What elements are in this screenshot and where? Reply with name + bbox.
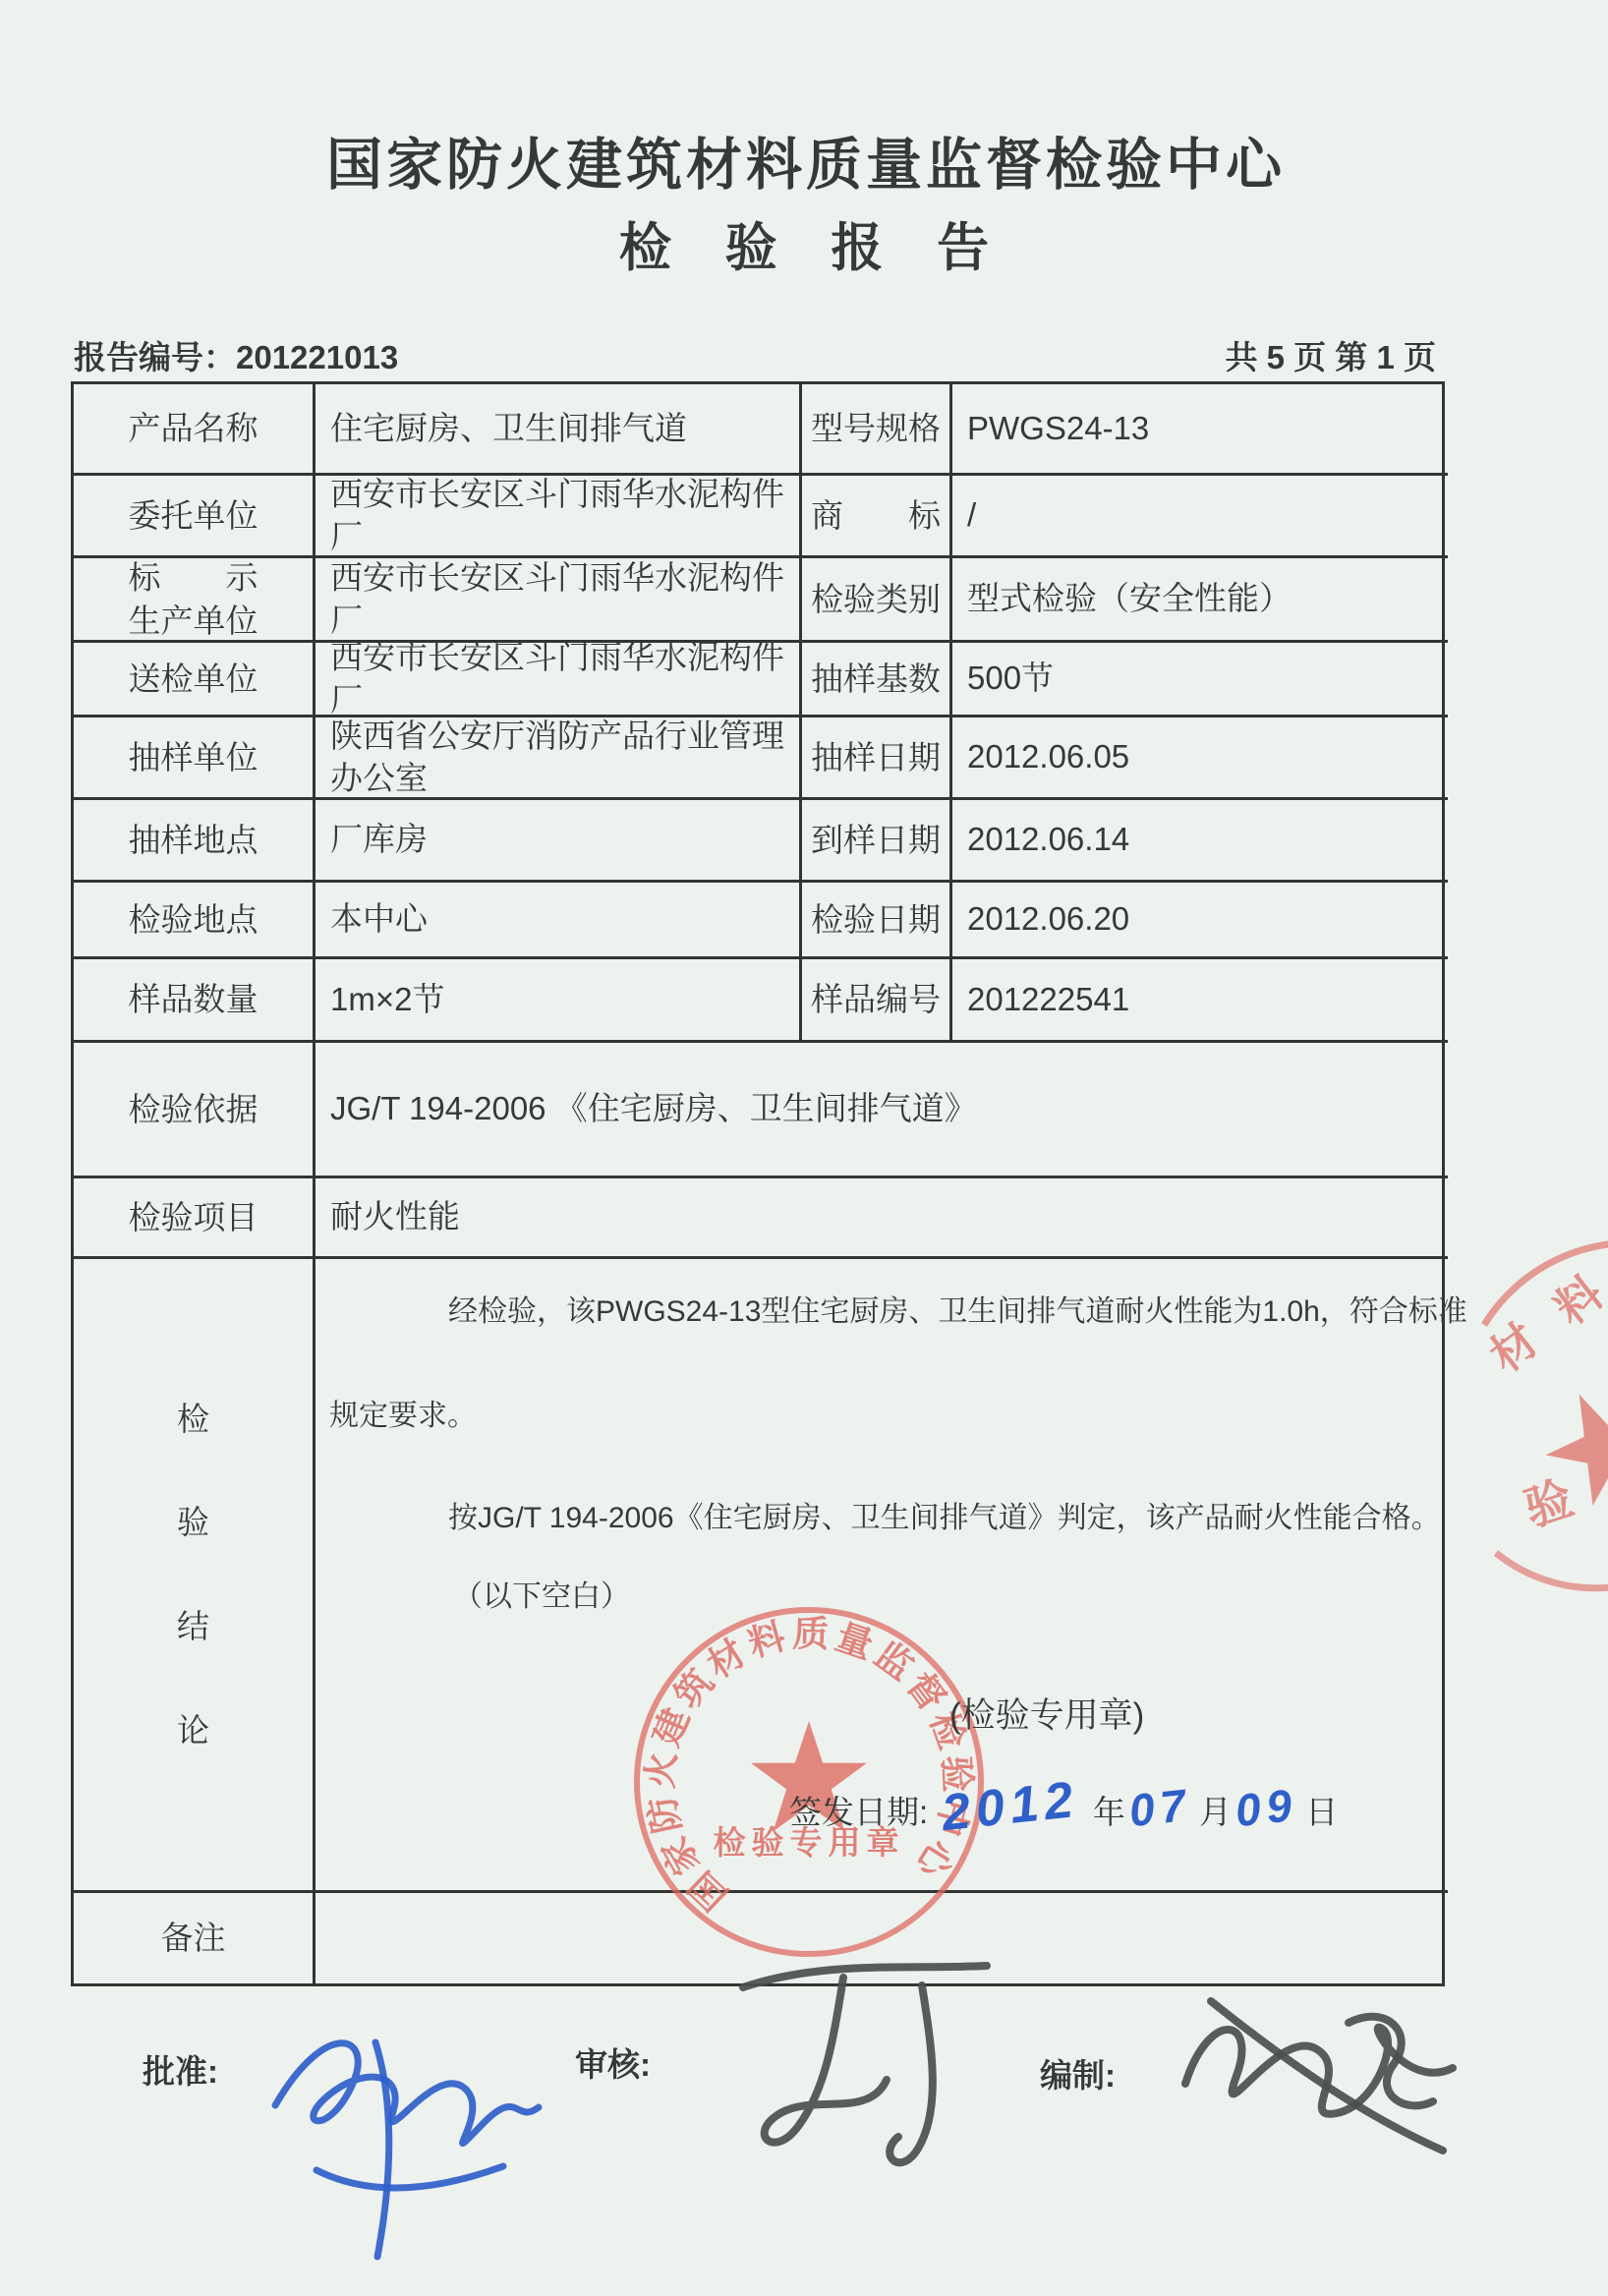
remark-label: 备注 — [74, 1890, 313, 1983]
handwritten-day: 09 — [1233, 1776, 1300, 1841]
report-number: 报告编号：201221013 — [74, 332, 398, 378]
meta-row: 报告编号：201221013 共 5 页 第 1 页 — [74, 332, 1436, 378]
row-value: 住宅厨房、卫生间排气道 — [313, 384, 799, 473]
basis-label: 检验依据 — [74, 1040, 313, 1176]
row-value: 西安市长安区斗门雨华水泥构件厂 — [313, 473, 799, 555]
row-label: 标 示 生产单位 — [74, 555, 313, 640]
row-value: / — [949, 473, 1448, 555]
row-value: 型式检验（安全性能） — [949, 555, 1448, 640]
approve-signature — [258, 1978, 552, 2263]
row-value: 西安市长安区斗门雨华水泥构件厂 — [313, 555, 799, 640]
edge-stamp-bottom-arc — [1496, 1553, 1608, 1588]
approve-label: 批准: — [143, 2046, 218, 2093]
conclusion-line: 规定要求。 — [329, 1397, 477, 1435]
handwritten-month: 07 — [1126, 1776, 1194, 1841]
row-value: 1m×2节 — [313, 956, 799, 1040]
report-number-label: 报告编号： — [74, 339, 236, 375]
row-value: 厂库房 — [313, 797, 799, 880]
row-value: 2012.06.05 — [949, 715, 1448, 797]
report-table: 产品名称 住宅厨房、卫生间排气道 型号规格 PWGS24-13 委托单位 西安市… — [71, 381, 1445, 1986]
row-label: 样品编号 — [799, 956, 949, 1040]
row-value: PWGS24-13 — [949, 384, 1448, 473]
row-label: 抽样基数 — [799, 640, 949, 715]
row-label: 检验日期 — [799, 880, 949, 956]
edge-stamp-char: 料 — [1545, 1267, 1608, 1335]
edge-partial-stamp: 材 料 验 — [1457, 1227, 1608, 1600]
row-value: 201222541 — [949, 956, 1448, 1040]
stamp-caption: (检验专用章) — [949, 1693, 1144, 1739]
year-suffix: 年 — [1093, 1792, 1125, 1834]
row-label: 送检单位 — [74, 640, 313, 715]
row-value: 2012.06.20 — [949, 880, 1448, 956]
review-signature — [686, 1954, 1001, 2200]
row-value: 陕西省公安厅消防产品行业管理办公室 — [313, 715, 799, 797]
row-label: 到样日期 — [799, 797, 949, 880]
conclusion-line: 按JG/T 194-2006《住宅厨房、卫生间排气道》判定，该产品耐火性能合格。 — [448, 1499, 1441, 1537]
conclusion-line: 经检验，该PWGS24-13型住宅厨房、卫生间排气道耐火性能为1.0h，符合标准 — [448, 1292, 1467, 1331]
doc-title: 检 验 报 告 — [0, 206, 1608, 281]
row-label: 检验类别 — [799, 555, 949, 640]
review-label: 审核: — [575, 2039, 651, 2086]
report-number-value: 201221013 — [236, 339, 398, 375]
day-suffix: 日 — [1305, 1792, 1338, 1834]
row-label: 抽样地点 — [74, 797, 313, 880]
report-document: 国家防火建筑材料质量监督检验中心 检 验 报 告 报告编号：201221013 … — [0, 0, 1608, 2296]
item-value: 耐火性能 — [313, 1176, 1448, 1256]
row-label: 抽样日期 — [799, 715, 949, 797]
handwritten-year: 2012 — [939, 1767, 1082, 1848]
issue-date-label: 签发日期: — [789, 1792, 928, 1834]
row-label: 委托单位 — [74, 473, 313, 555]
month-suffix: 月 — [1199, 1792, 1232, 1834]
org-title: 国家防火建筑材料质量监督检验中心 — [0, 120, 1608, 201]
edge-stamp-char: 材 — [1480, 1314, 1547, 1382]
row-label: 产品名称 — [74, 384, 313, 473]
basis-value: JG/T 194-2006 《住宅厨房、卫生间排气道》 — [313, 1040, 1448, 1176]
row-label: 检验地点 — [74, 880, 313, 956]
prepare-signature — [1152, 1966, 1486, 2182]
row-value: 500节 — [949, 640, 1448, 715]
page-info: 共 5 页 第 1 页 — [1225, 332, 1436, 378]
scanned-report-page: { "header": { "org": "国家防火建筑材料质量监督检验中心",… — [0, 0, 1608, 2296]
row-value: 本中心 — [313, 880, 799, 956]
issue-date-line: 签发日期: 2012 年 07 月 09 日 — [789, 1774, 1338, 1841]
row-label: 抽样单位 — [74, 715, 313, 797]
row-value: 西安市长安区斗门雨华水泥构件厂 — [313, 640, 799, 715]
edge-stamp-char: 验 — [1519, 1472, 1579, 1536]
conclusion-label: 检 验 结 论 — [74, 1256, 313, 1890]
item-label: 检验项目 — [74, 1176, 313, 1256]
row-value: 2012.06.14 — [949, 797, 1448, 880]
row-label: 型号规格 — [799, 384, 949, 473]
conclusion-cell: 国家防火建筑材料质量监督检验中心 检验专用章 经检验，该PWGS24-13型住宅… — [313, 1256, 1448, 1890]
row-label: 样品数量 — [74, 956, 313, 1040]
conclusion-blank-note: （以下空白） — [453, 1578, 630, 1616]
row-label: 商 标 — [799, 473, 949, 555]
prepare-label: 编制: — [1040, 2050, 1116, 2096]
